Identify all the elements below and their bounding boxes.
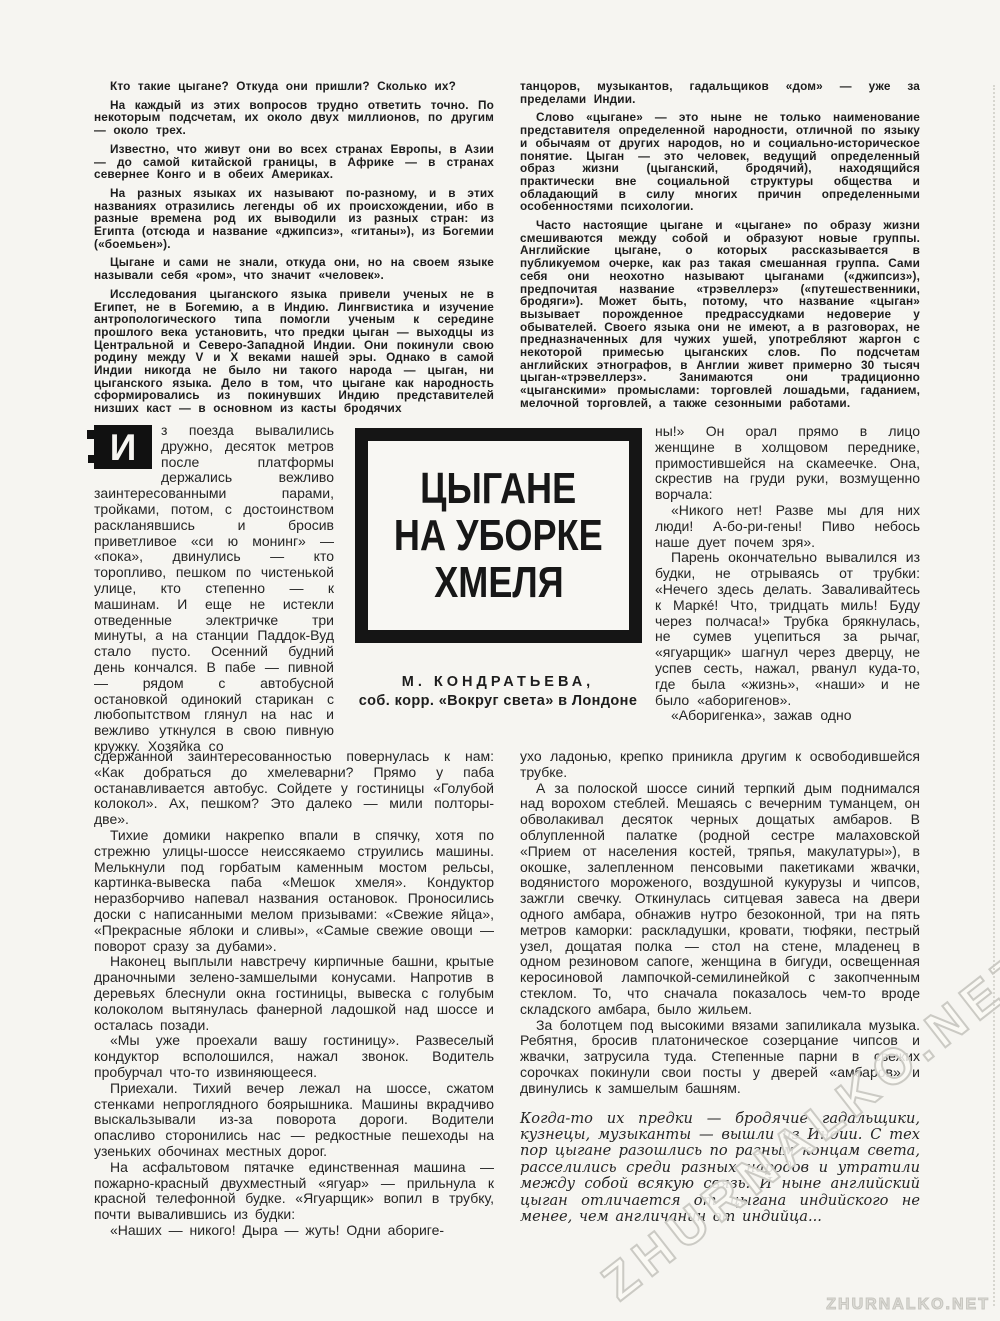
scan-edge-dots — [993, 85, 995, 1306]
paragraph: Слово «цыгане» — это ныне не только наим… — [520, 111, 920, 213]
paragraph: Часто настоящие цыгане и «цыгане» по обр… — [520, 219, 920, 410]
title-line-3: ХМЕЛЯ — [434, 559, 563, 606]
paragraph: Известно, что живут они во всех странах … — [94, 143, 494, 181]
paragraph: «Наших — никого! Дыра — жуть! Одни абори… — [94, 1223, 494, 1239]
paragraph: «Мы уже проехали вашу гостиницу». Развес… — [94, 1033, 494, 1080]
opening-paragraph: Из поезда вывалились дружно, десяток мет… — [94, 423, 334, 755]
paragraph: танцоров, музыкантов, гадальщиков «дом» … — [520, 80, 920, 105]
lower-column-2: ухо ладонью, крепко приникла другим к ос… — [520, 749, 920, 1239]
body-column-right: ны!» Он орал прямо в лицо женщине в холщ… — [655, 424, 920, 724]
paragraph: «Никого нет! Разве мы для них люди! А-бо… — [655, 503, 920, 550]
drop-cap: И — [94, 425, 152, 469]
title-line-1: ЦЫГАНЕ — [420, 465, 576, 512]
paragraph: А за полоской шоссе синий терпкий дым по… — [520, 781, 920, 1018]
paragraph: сдержанной заинтересованностью повернула… — [94, 749, 494, 828]
article-title-box: ЦЫГАНЕ НА УБОРКЕ ХМЕЛЯ — [355, 428, 642, 643]
lead-section: Кто такие цыгане? Откуда они пришли? Ско… — [94, 80, 920, 421]
paragraph: На асфальтовом пятачке единственная маши… — [94, 1160, 494, 1223]
byline: М. КОНДРАТЬЕВА, соб. корр. «Вокруг света… — [340, 674, 656, 709]
paragraph: Цыгане и сами не знали, откуда они, но н… — [94, 256, 494, 281]
magazine-page: Кто такие цыгане? Откуда они пришли? Ско… — [0, 0, 1000, 1321]
closing-italic-paragraph: Когда-то их предки — бродячие гадальщики… — [520, 1111, 920, 1226]
opening-paragraph-text: з поезда вывалились дружно, десяток метр… — [94, 422, 334, 754]
body-column-left: Из поезда вывалились дружно, десяток мет… — [94, 423, 334, 755]
paragraph: Тихие домики накрепко впали в спячку, хо… — [94, 828, 494, 954]
watermark-corner: ZHURNALKO.NET — [826, 1296, 990, 1314]
paragraph: Приехали. Тихий вечер лежал на шоссе, сж… — [94, 1081, 494, 1160]
paragraph: «Аборигенка», зажав одно — [655, 708, 920, 724]
lower-section: сдержанной заинтересованностью повернула… — [94, 749, 920, 1239]
paragraph: За болотцем под высокими вязами запилика… — [520, 1018, 920, 1097]
paragraph: Исследования цыганского языка привели уч… — [94, 288, 494, 415]
paragraph: Парень окончательно вывалился из будки, … — [655, 550, 920, 708]
paragraph: Наконец выплыли навстречу кирпичные башн… — [94, 954, 494, 1033]
lead-column-1: Кто такие цыгане? Откуда они пришли? Ско… — [94, 80, 494, 421]
byline-author: М. КОНДРАТЬЕВА, — [340, 674, 656, 690]
lead-column-2: танцоров, музыкантов, гадальщиков «дом» … — [520, 80, 920, 421]
paragraph: На каждый из этих вопросов трудно ответи… — [94, 99, 494, 137]
paragraph: ны!» Он орал прямо в лицо женщине в холщ… — [655, 424, 920, 503]
lower-column-2-paragraphs: ухо ладонью, крепко приникла другим к ос… — [520, 749, 920, 1097]
paragraph: ухо ладонью, крепко приникла другим к ос… — [520, 749, 920, 781]
title-line-2: НА УБОРКЕ — [394, 512, 603, 559]
paragraph: На разных языках их называют по-разному,… — [94, 187, 494, 251]
byline-role: соб. корр. «Вокруг света» в Лондоне — [340, 693, 656, 709]
lower-column-1: сдержанной заинтересованностью повернула… — [94, 749, 494, 1239]
paragraph: Кто такие цыгане? Откуда они пришли? Ско… — [94, 80, 494, 93]
